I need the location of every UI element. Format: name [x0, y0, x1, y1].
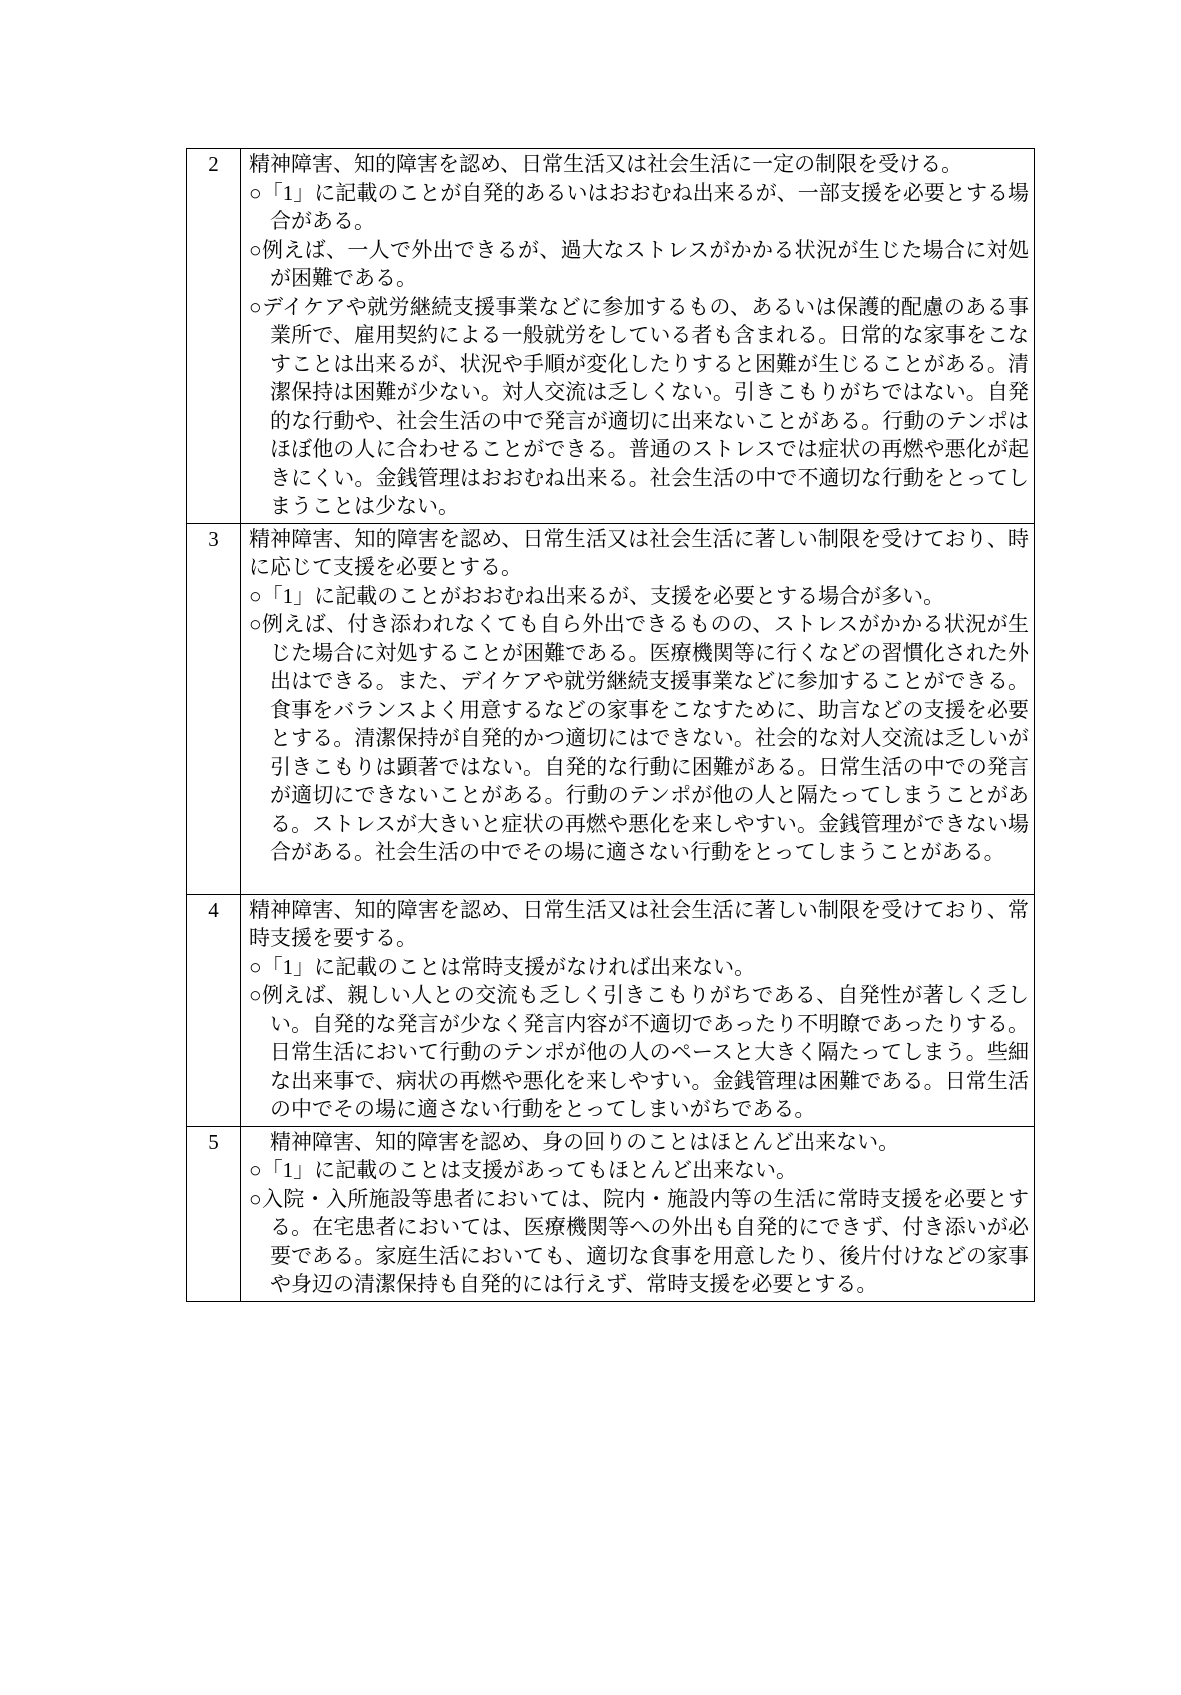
table-row-grade-2: 2 精神障害、知的障害を認め、日常生活又は社会生活に一定の制限を受ける。 ○「1… — [187, 149, 1035, 524]
grade-criteria-item: ○例えば、付き添われなくても自ら外出できるものの、ストレスがかかる状況が生じた場… — [249, 610, 1029, 867]
grade-number: 5 — [187, 1126, 241, 1301]
grade-criteria-item: ○例えば、一人で外出できるが、過大なストレスがかかる状況が生じた場合に対処が困難… — [249, 236, 1029, 293]
table-row-grade-3: 3 精神障害、知的障害を認め、日常生活又は社会生活に著しい制限を受けており、時に… — [187, 523, 1035, 894]
grade-criteria-item: ○「1」に記載のことは常時支援がなければ出来ない。 — [249, 953, 1029, 982]
grade-statement: 精神障害、知的障害を認め、身の回りのことはほとんど出来ない。 — [249, 1128, 1029, 1157]
grade-criteria-cell: 精神障害、知的障害を認め、身の回りのことはほとんど出来ない。 ○「1」に記載のこ… — [241, 1126, 1035, 1301]
grade-statement: 精神障害、知的障害を認め、日常生活又は社会生活に著しい制限を受けており、常時支援… — [249, 896, 1029, 953]
grade-criteria-item: ○「1」に記載のことがおおむね出来るが、支援を必要とする場合が多い。 — [249, 582, 1029, 611]
disability-grade-table: 2 精神障害、知的障害を認め、日常生活又は社会生活に一定の制限を受ける。 ○「1… — [186, 148, 1035, 1302]
grade-statement: 精神障害、知的障害を認め、日常生活又は社会生活に一定の制限を受ける。 — [249, 150, 1029, 179]
table-row-grade-5: 5 精神障害、知的障害を認め、身の回りのことはほとんど出来ない。 ○「1」に記載… — [187, 1126, 1035, 1301]
grade-criteria-cell: 精神障害、知的障害を認め、日常生活又は社会生活に著しい制限を受けており、時に応じ… — [241, 523, 1035, 894]
grade-number: 2 — [187, 149, 241, 524]
grade-statement: 精神障害、知的障害を認め、日常生活又は社会生活に著しい制限を受けており、時に応じ… — [249, 525, 1029, 582]
table-row-grade-4: 4 精神障害、知的障害を認め、日常生活又は社会生活に著しい制限を受けており、常時… — [187, 894, 1035, 1126]
grade-criteria-item: ○例えば、親しい人との交流も乏しく引きこもりがちである、自発性が著しく乏しい。自… — [249, 981, 1029, 1124]
grade-criteria-cell: 精神障害、知的障害を認め、日常生活又は社会生活に著しい制限を受けており、常時支援… — [241, 894, 1035, 1126]
grade-criteria-item: ○「1」に記載のことは支援があってもほとんど出来ない。 — [249, 1156, 1029, 1185]
document-page: 2 精神障害、知的障害を認め、日常生活又は社会生活に一定の制限を受ける。 ○「1… — [0, 0, 1181, 1695]
grade-criteria-item: ○「1」に記載のことが自発的あるいはおおむね出来るが、一部支援を必要とする場合が… — [249, 179, 1029, 236]
grade-criteria-item: ○デイケアや就労継続支援事業などに参加するもの、あるいは保護的配慮のある事業所で… — [249, 293, 1029, 521]
grade-number: 4 — [187, 894, 241, 1126]
grade-number: 3 — [187, 523, 241, 894]
grade-criteria-item: ○入院・入所施設等患者においては、院内・施設内等の生活に常時支援を必要とする。在… — [249, 1185, 1029, 1299]
grade-criteria-cell: 精神障害、知的障害を認め、日常生活又は社会生活に一定の制限を受ける。 ○「1」に… — [241, 149, 1035, 524]
